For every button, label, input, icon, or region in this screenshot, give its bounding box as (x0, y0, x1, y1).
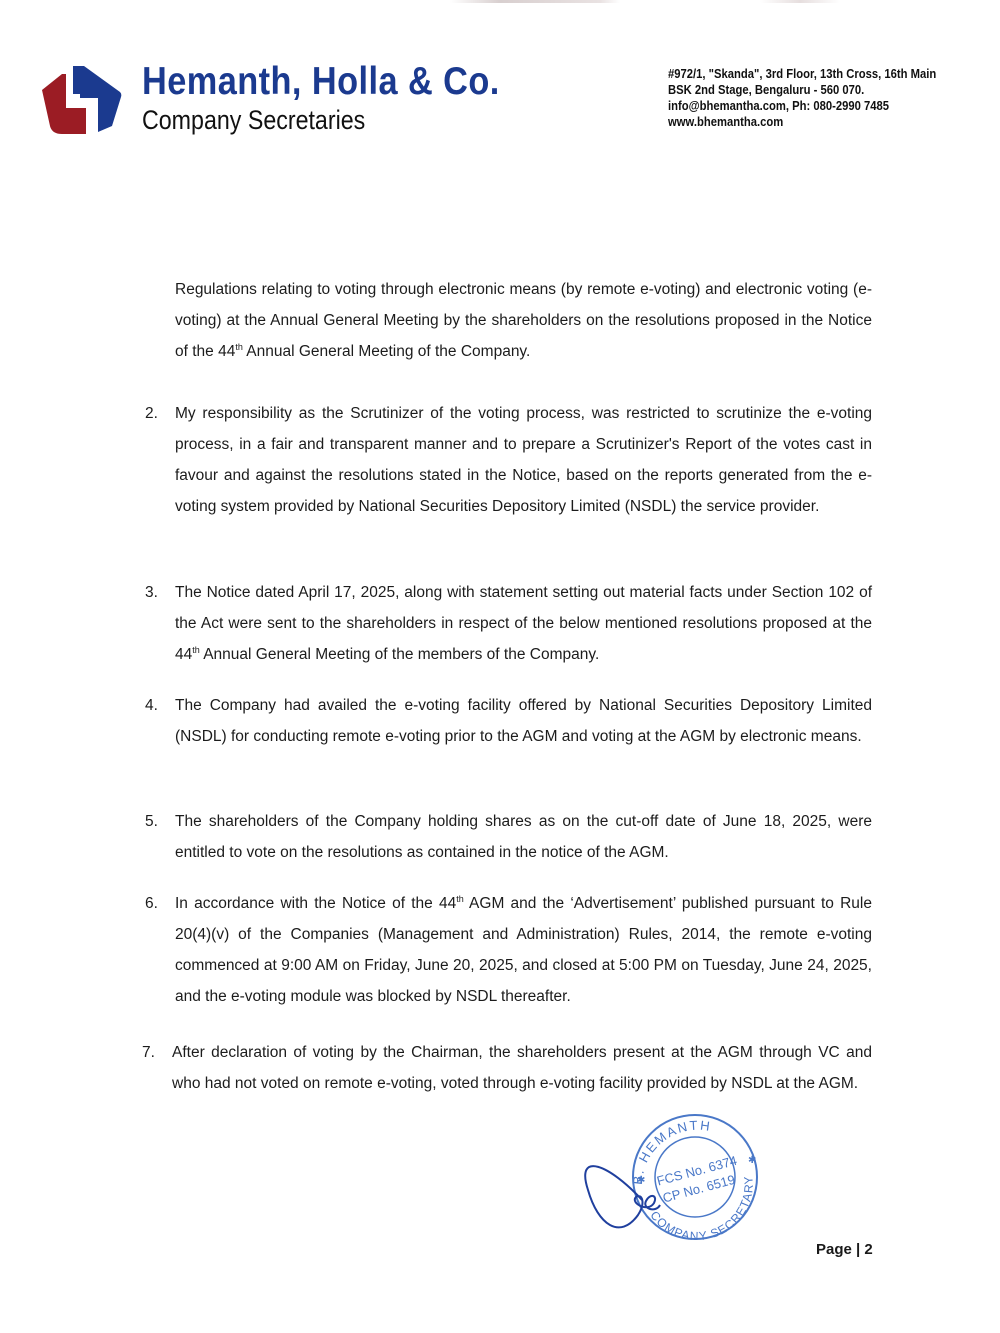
website-line: www.bhemantha.com (668, 114, 936, 130)
svg-text:✱: ✱ (637, 1175, 645, 1186)
firm-address: #972/1, "Skanda", 3rd Floor, 13th Cross,… (668, 66, 936, 130)
contact-line: info@bhemantha.com, Ph: 080-2990 7485 (668, 98, 936, 114)
item-text: The Company had availed the e-voting fac… (175, 690, 872, 752)
company-secretary-stamp: B. HEMANTH COMPANY SECRETARY FCS No. 637… (580, 1105, 760, 1240)
list-item-7: 7. After declaration of voting by the Ch… (172, 1037, 872, 1099)
address-line: #972/1, "Skanda", 3rd Floor, 13th Cross,… (668, 66, 936, 82)
item-number: 4. (145, 690, 158, 721)
page-number: Page | 2 (816, 1241, 873, 1258)
item-number: 7. (142, 1037, 155, 1068)
item-text: The Notice dated April 17, 2025, along w… (175, 577, 872, 670)
list-item-4: 4. The Company had availed the e-voting … (175, 690, 872, 752)
firm-name: Hemanth, Holla & Co. (142, 60, 500, 104)
scan-edge-shadow (0, 0, 1000, 3)
svg-text:✱: ✱ (748, 1155, 756, 1166)
list-item-6: 6. In accordance with the Notice of the … (175, 888, 872, 1012)
item-number: 5. (145, 806, 158, 837)
item-number: 3. (145, 577, 158, 608)
list-item-2: 2. My responsibility as the Scrutinizer … (175, 398, 872, 522)
firm-subtitle: Company Secretaries (142, 105, 365, 136)
item-text: My responsibility as the Scrutinizer of … (175, 398, 872, 522)
item-number: 6. (145, 888, 158, 919)
list-item-3: 3. The Notice dated April 17, 2025, alon… (175, 577, 872, 670)
item-text: After declaration of voting by the Chair… (172, 1037, 872, 1099)
item-text: In accordance with the Notice of the 44t… (175, 888, 872, 1012)
address-line: BSK 2nd Stage, Bengaluru - 560 070. (668, 82, 936, 98)
firm-logo-icon (40, 64, 124, 136)
item-number: 2. (145, 398, 158, 429)
list-item-5: 5. The shareholders of the Company holdi… (175, 806, 872, 868)
intro-paragraph: Regulations relating to voting through e… (175, 274, 872, 367)
item-text: The shareholders of the Company holding … (175, 806, 872, 868)
